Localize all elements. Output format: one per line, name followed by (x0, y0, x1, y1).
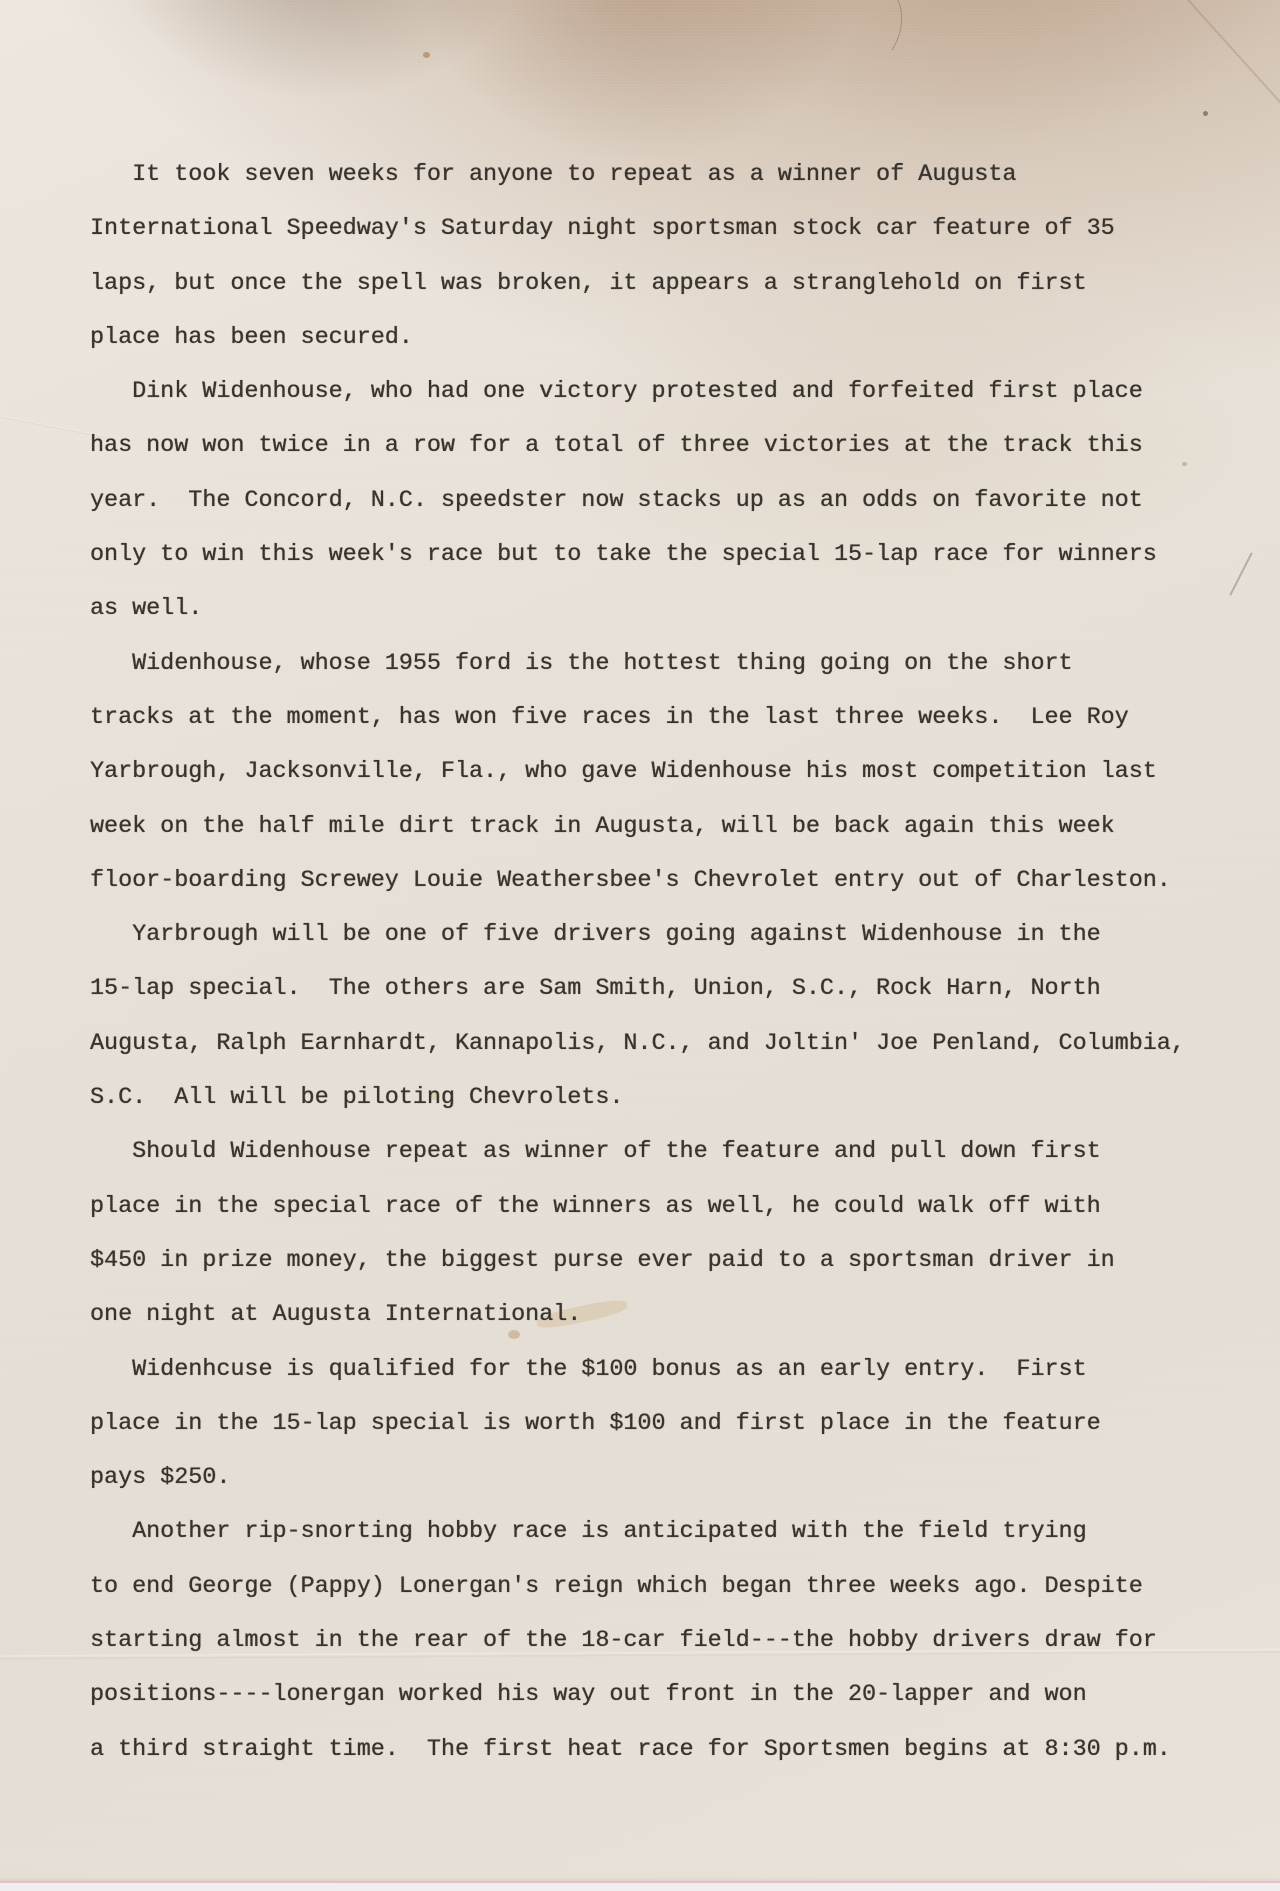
scanned-letter-page: It took seven weeks for anyone to repeat… (0, 0, 1280, 1891)
typewritten-line: Augusta, Ralph Earnhardt, Kannapolis, N.… (90, 1017, 1230, 1071)
typewritten-line: week on the half mile dirt track in Augu… (90, 800, 1230, 854)
typewritten-line: floor-boarding Screwey Louie Weathersbee… (90, 854, 1230, 908)
typewritten-line: has now won twice in a row for a total o… (90, 419, 1230, 473)
typewritten-text: It took seven weeks for anyone to repeat… (90, 148, 1230, 1777)
typewritten-line: S.C. All will be piloting Chevrolets. (90, 1071, 1230, 1125)
typewritten-line: positions----lonergan worked his way out… (90, 1668, 1230, 1722)
typewritten-line: a third straight time. The first heat ra… (90, 1723, 1230, 1777)
typewritten-line: place in the 15-lap special is worth $10… (90, 1397, 1230, 1451)
typewritten-line: place has been secured. (90, 311, 1230, 365)
scratch-mark (1229, 552, 1253, 596)
typewritten-line: Another rip-snorting hobby race is antic… (90, 1505, 1230, 1559)
typewritten-line: as well. (90, 582, 1230, 636)
typewritten-line: Widenhcuse is qualified for the $100 bon… (90, 1343, 1230, 1397)
typewritten-line: It took seven weeks for anyone to repeat… (90, 148, 1230, 202)
typewritten-line: starting almost in the rear of the 18-ca… (90, 1614, 1230, 1668)
typewritten-line: $450 in prize money, the biggest purse e… (90, 1234, 1230, 1288)
typewritten-line: Yarbrough, Jacksonville, Fla., who gave … (90, 745, 1230, 799)
corner-crease (1167, 0, 1280, 149)
typewritten-line: 15-lap special. The others are Sam Smith… (90, 962, 1230, 1016)
typewritten-line: to end George (Pappy) Lonergan's reign w… (90, 1560, 1230, 1614)
typewritten-line: pays $250. (90, 1451, 1230, 1505)
pen-arc-mark (716, 0, 919, 117)
typewritten-line: laps, but once the spell was broken, it … (90, 257, 1230, 311)
typewritten-line: Dink Widenhouse, who had one victory pro… (90, 365, 1230, 419)
scan-edge-strip (0, 1881, 1280, 1891)
typewritten-line: year. The Concord, N.C. speedster now st… (90, 474, 1230, 528)
typewritten-line: one night at Augusta International. (90, 1288, 1230, 1342)
typewritten-line: International Speedway's Saturday night … (90, 202, 1230, 256)
typewritten-line: tracks at the moment, has won five races… (90, 691, 1230, 745)
foxing-spot (423, 52, 430, 58)
typewritten-line: place in the special race of the winners… (90, 1180, 1230, 1234)
typewritten-line: Yarbrough will be one of five drivers go… (90, 908, 1230, 962)
typewritten-line: Widenhouse, whose 1955 ford is the hotte… (90, 637, 1230, 691)
typewritten-line: Should Widenhouse repeat as winner of th… (90, 1125, 1230, 1179)
typewritten-line: only to win this week's race but to take… (90, 528, 1230, 582)
foxing-spot (1203, 111, 1208, 116)
